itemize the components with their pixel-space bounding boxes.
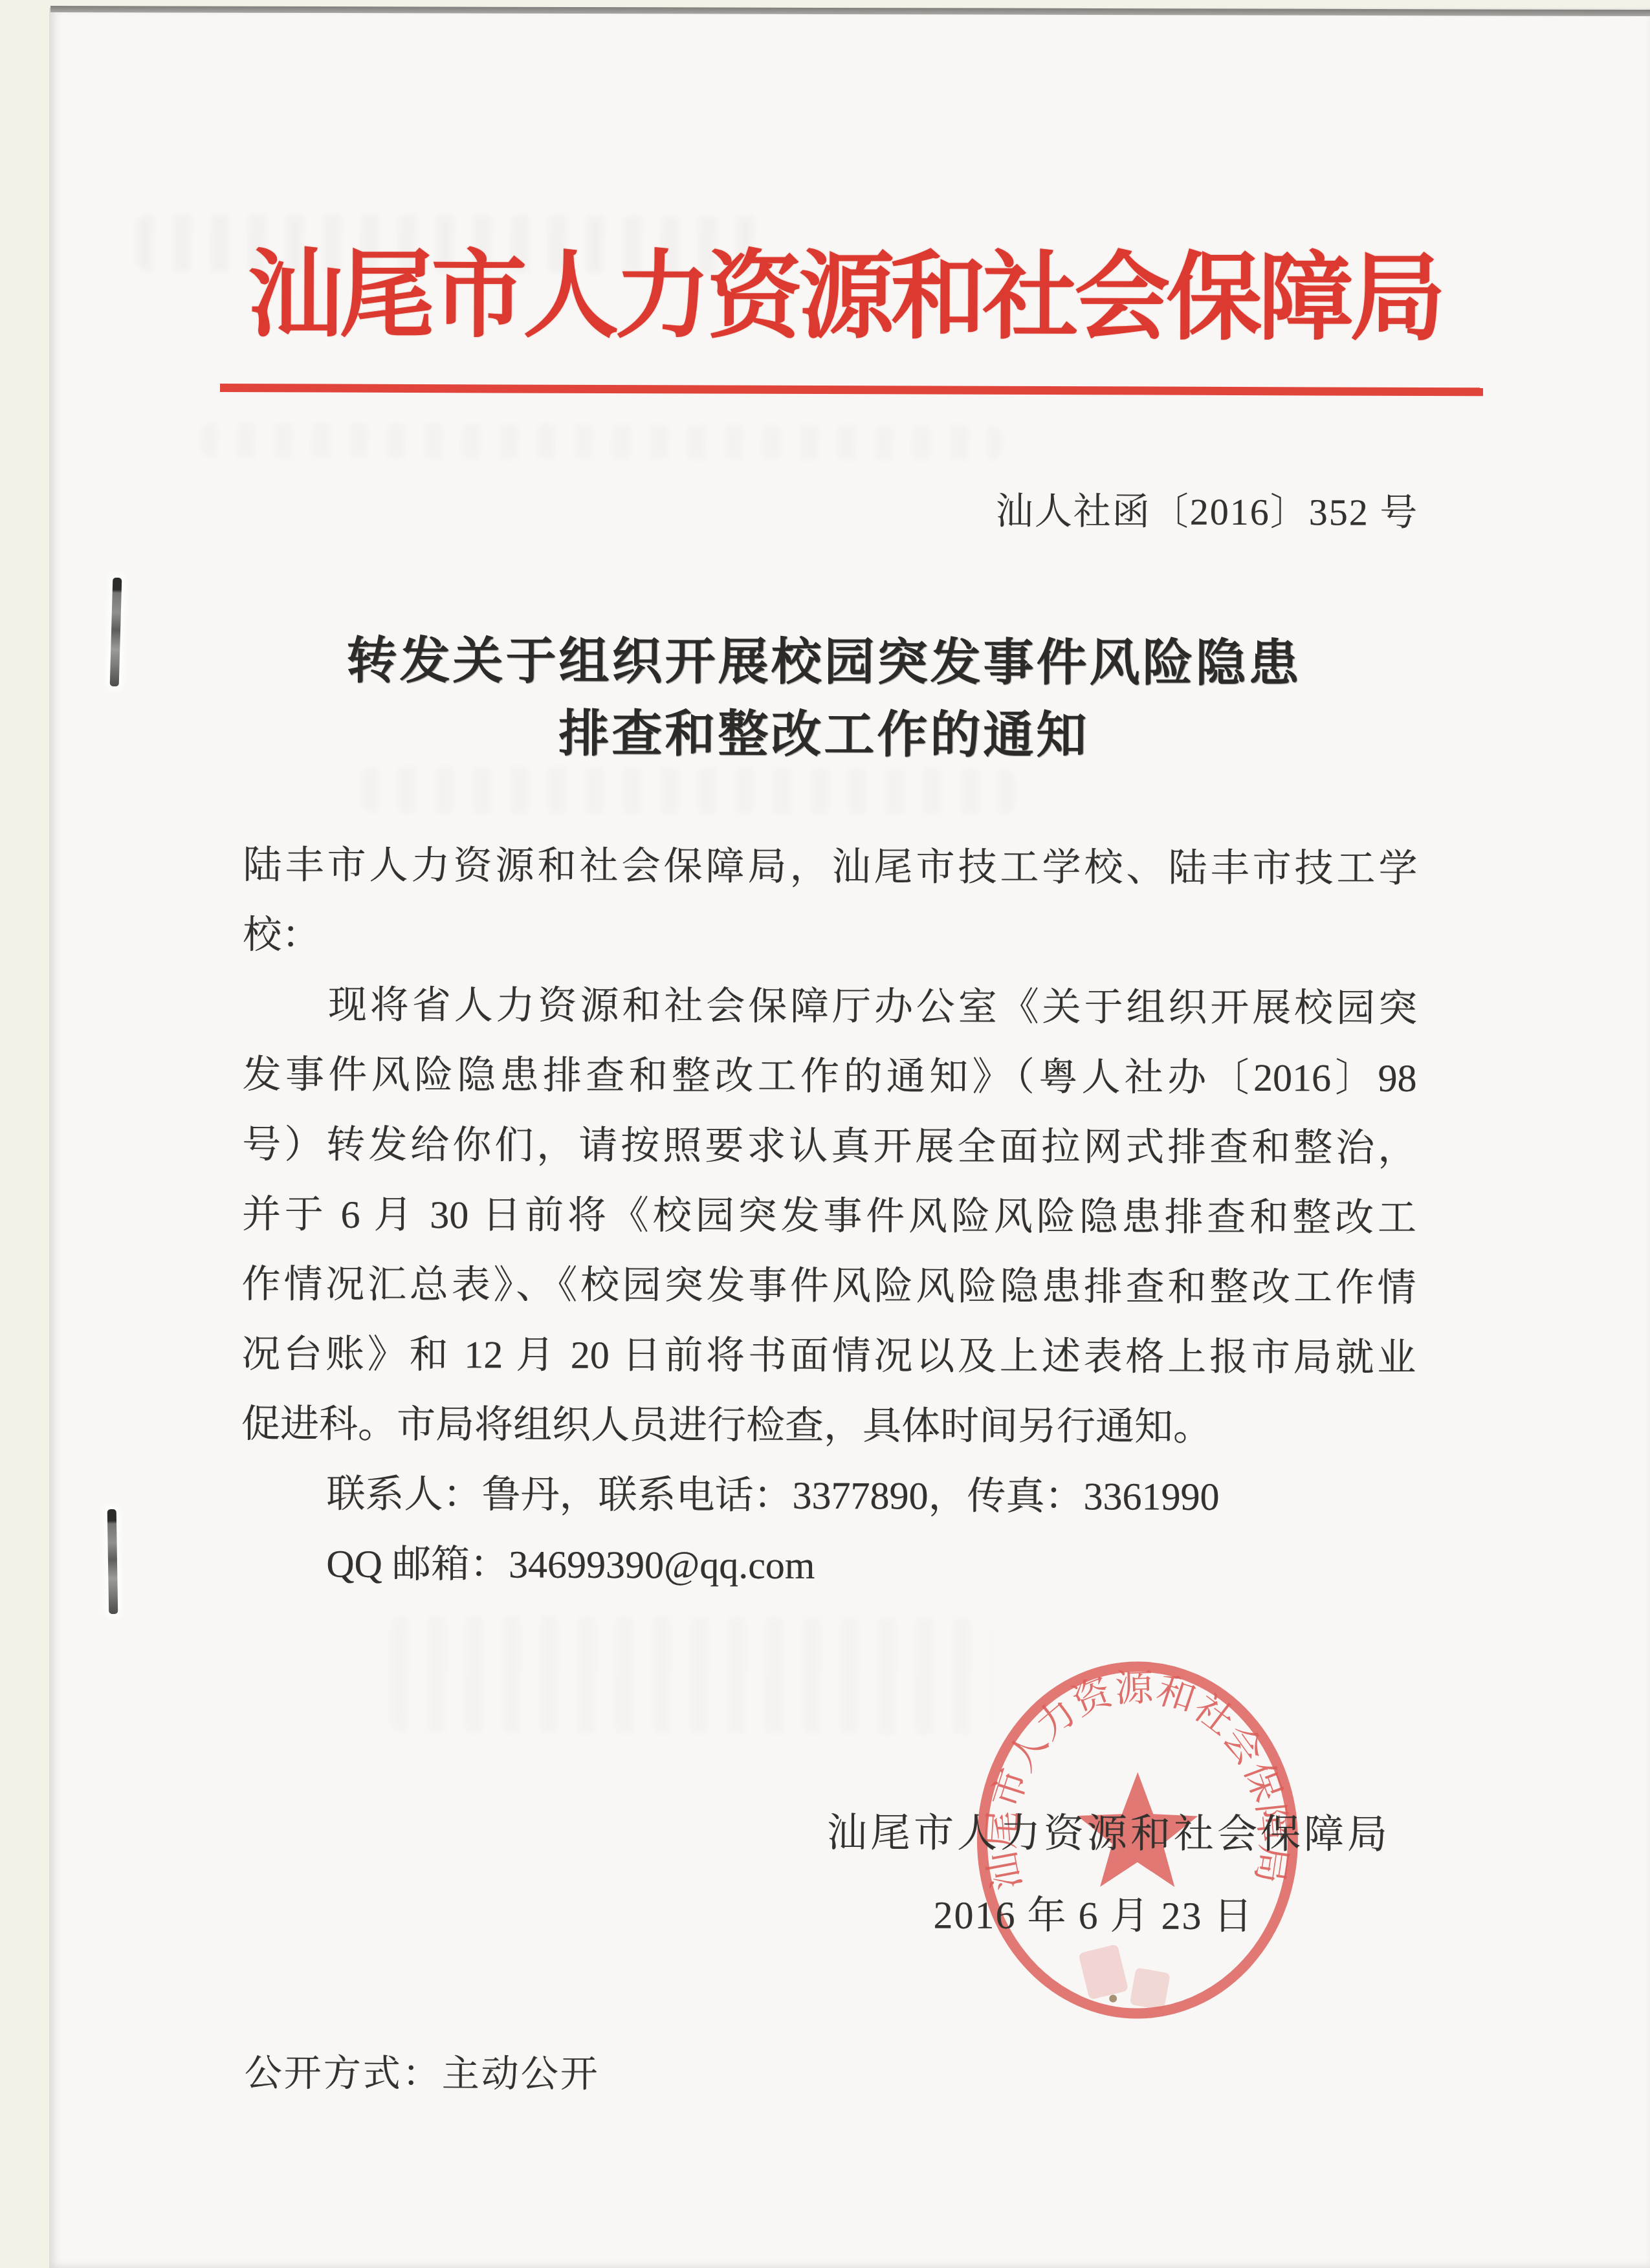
qq-email-line: QQ 邮箱：34699390@qq.com: [241, 1529, 1415, 1602]
document-title-line2: 排查和整改工作的通知: [193, 697, 1455, 773]
body-line: 并于 6 月 30 日前将《校园突发事件风险风险隐患排查和整改工: [242, 1179, 1416, 1253]
body-line: 校：: [243, 900, 1417, 974]
paper-speck: [1109, 1994, 1117, 2002]
signing-date: 2016 年 6 月 23 日: [933, 1884, 1253, 1941]
letterhead-red-divider: [220, 384, 1483, 396]
letter-body: 陆丰市人力资源和社会保障局，汕尾市技工学校、陆丰市技工学 校： 现将省人力资源和…: [241, 830, 1418, 1602]
body-line: 现将省人力资源和社会保障厅办公室《关于组织开展校园突: [243, 970, 1417, 1043]
disclosure-method: 公开方式：主动公开: [245, 2042, 600, 2098]
seal-ink-blot: [1078, 1944, 1128, 2000]
signing-agency: 汕尾市人力资源和社会保障局: [827, 1800, 1391, 1860]
bleedthrough-smudge: [201, 424, 1003, 460]
body-line: 况台账》和 12 月 20 日前将书面情况以及上述表格上报市局就业: [241, 1319, 1416, 1393]
document-title-line1: 转发关于组织开展校园突发事件风险隐患: [193, 624, 1455, 701]
bleedthrough-smudge: [361, 767, 1015, 814]
letter-content: 汕尾市人力资源和社会保障局 汕尾市人力资源和社会保障局 汕人社函〔2016〕35…: [0, 0, 1650, 2268]
scanned-official-letter: 汕尾市人力资源和社会保障局 汕尾市人力资源和社会保障局 汕人社函〔2016〕35…: [0, 0, 1650, 2268]
contact-line: 联系人：鲁丹，联系电话：3377890，传真：3361990: [241, 1459, 1415, 1532]
document-number: 汕人社函〔2016〕352 号: [244, 478, 1418, 536]
body-line: 促进科。市局将组织人员进行检查，具体时间另行通知。: [241, 1389, 1416, 1463]
staple: [107, 1509, 118, 1614]
bleedthrough-smudge: [390, 1616, 993, 1734]
body-line: 陆丰市人力资源和社会保障局，汕尾市技工学校、陆丰市技工学: [243, 830, 1418, 904]
seal-ink-blot: [1130, 1967, 1171, 2011]
body-line: 号）转发给你们，请按照要求认真开展全面拉网式排查和整治，: [242, 1109, 1416, 1183]
body-line: 作情况汇总表》、《校园突发事件风险风险隐患排查和整改工作情: [241, 1249, 1416, 1323]
body-line: 发事件风险隐患排查和整改工作的通知》（粤人社办〔2016〕98: [242, 1040, 1416, 1113]
document-title: 转发关于组织开展校园突发事件风险隐患 排查和整改工作的通知: [193, 624, 1455, 773]
letterhead-agency-title: 汕尾市人力资源和社会保障局: [214, 247, 1475, 348]
